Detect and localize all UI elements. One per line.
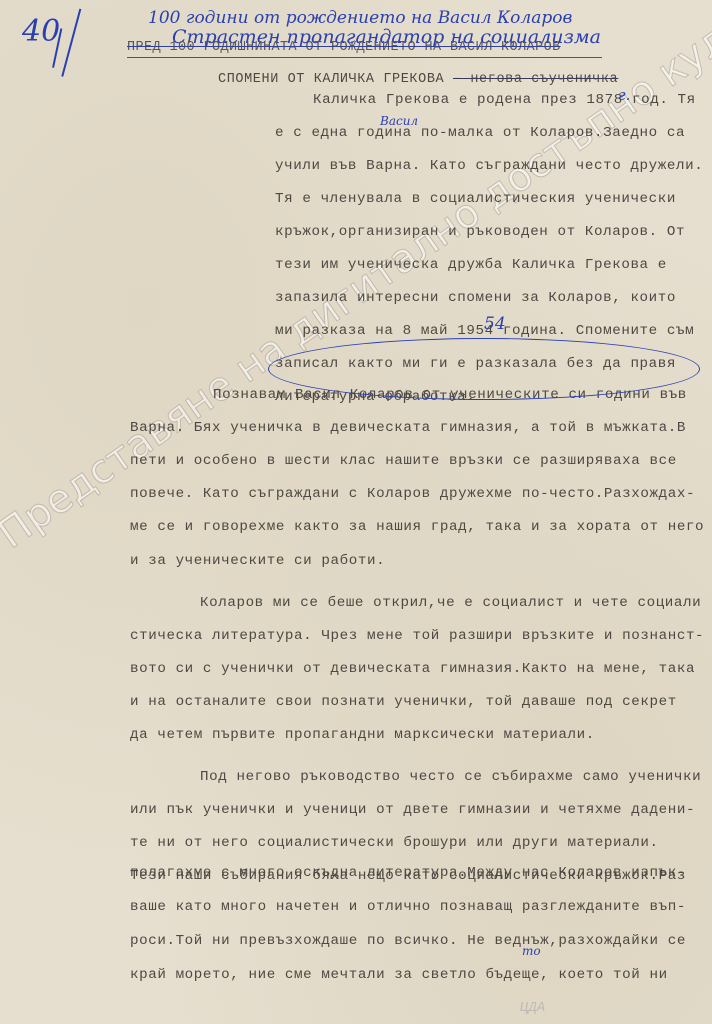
typed-line: да четем първите пропагандни марксически… [130, 727, 595, 743]
handwritten-page-number: 40 [22, 14, 60, 49]
typed-line: край морето, ние сме мечтали за светло б… [130, 967, 668, 983]
document-title: СПОМЕНИ ОТ КАЛИЧКА ГРЕКОВА - негова съуч… [218, 72, 618, 87]
typed-line: роси.Той ни превъзхождаше по всичко. Не … [130, 933, 686, 949]
handwritten-insert-year: 54 [484, 314, 506, 334]
handwritten-title-line-1: 100 години от рождението на Васил Коларо… [148, 8, 572, 28]
typed-line: пети и особено в шести клас нашите връзк… [130, 453, 677, 469]
typed-line: и на останалите свои познати ученички, т… [130, 694, 677, 710]
struck-typed-header: ПРЕД 100-ГОДИШНИНАТА ОТ РОЖДЕНИЕТО НА ВА… [127, 40, 561, 55]
typed-line: и за ученическите си работи. [130, 553, 385, 569]
typed-line: е с една година по-малка от Коларов.Заед… [275, 125, 685, 141]
handwritten-insert-g: г. [618, 86, 630, 104]
typed-line: Коларов ми се беше открил,че е социалист… [200, 595, 701, 611]
typed-line: или пък ученички и ученици от двете гимн… [130, 802, 695, 818]
handwritten-insert-to: то [522, 944, 541, 958]
typed-line: повече. Като съграждани с Коларов дружех… [130, 486, 695, 502]
document-page: Представяне на дигитално достъпно култур… [0, 0, 712, 1024]
typed-line: стическа литература. Чрез мене той разши… [130, 628, 704, 644]
header-rule [127, 57, 602, 58]
document-title-main: СПОМЕНИ ОТ КАЛИЧКА ГРЕКОВА [218, 72, 453, 87]
typed-line: учили във Варна. Като съграждани често д… [275, 158, 703, 174]
typed-line: тези им ученическа дружба Каличка Греков… [275, 257, 667, 273]
handwritten-insert-vasil: Васил [380, 114, 418, 128]
typed-line: те ни от него социалистически брошури ил… [130, 835, 659, 851]
typed-line: Тя е членувала в социалистическия ученич… [275, 191, 676, 207]
typed-line: ваше като много начетен и отлично познав… [130, 899, 686, 915]
typed-line: Под негово ръководство често се събирахм… [200, 769, 701, 785]
typed-line: кръжок,организиран и ръководен от Коларо… [275, 224, 685, 240]
typed-line: Варна. Бях ученичка в девическата гимназ… [130, 420, 686, 436]
archive-stamp: ЦДА [520, 1000, 545, 1016]
typed-line: запазила интересни спомени за Коларов, к… [275, 290, 676, 306]
document-title-struck: - негова съученичка [453, 72, 618, 87]
typed-line: вото си с ученички от девическата гимназ… [130, 661, 695, 677]
typed-line: Каличка Грекова е родена през 1878 год. … [313, 92, 696, 108]
typed-line: ме се и говорехме както за нашия град, т… [130, 519, 704, 535]
typed-line: полагахме с много оскъдна литература.Меж… [130, 865, 686, 881]
pen-ellipse-annotation [268, 338, 700, 400]
